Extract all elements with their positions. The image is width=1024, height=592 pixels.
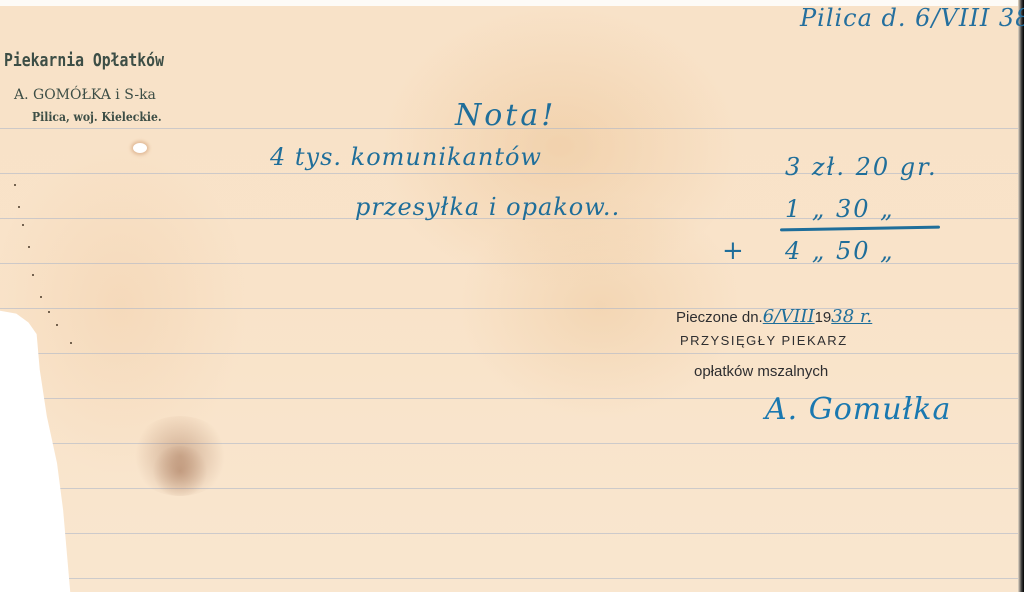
- sworn-baker-title: PRZYSIĘGŁY PIEKARZ: [680, 333, 848, 348]
- speck: [70, 342, 72, 344]
- item-amount: 3 zł. 20 gr.: [785, 153, 938, 181]
- sworn-baker-subtitle: opłatków mszalnych: [694, 363, 828, 380]
- scan-right-edge: [1018, 0, 1024, 592]
- note-title: Nota!: [455, 98, 556, 133]
- item-description: 4 tys. komunikantów: [270, 143, 542, 171]
- baked-year-prefix: 19: [815, 309, 832, 326]
- item-amount: 1 „ 30 „: [785, 195, 895, 223]
- ruled-line: [0, 533, 1018, 534]
- baked-date-stamp: Pieczone dn.6/VIII1938 r.: [676, 306, 872, 327]
- paper-hole: [133, 143, 147, 153]
- baked-year-suffix: 38 r.: [831, 306, 872, 327]
- speck: [14, 184, 16, 186]
- signature: A. Gomułka: [765, 392, 951, 427]
- ruled-line: [0, 578, 1018, 579]
- baked-label: Pieczone dn.: [676, 309, 763, 326]
- place-date: Pilica d. 6/VIII 38 r.: [800, 4, 1024, 32]
- speck: [40, 296, 42, 298]
- bakery-owner: A. GOMÓŁKA i S-ka: [14, 87, 156, 103]
- stain-mark: [150, 446, 210, 496]
- total-amount: 4 „ 50 „: [785, 237, 895, 265]
- speck: [48, 311, 50, 313]
- bakery-name: Piekarnia Opłatków: [4, 50, 164, 71]
- baked-date: 6/VIII: [763, 306, 815, 327]
- bakery-address: Pilica, woj. Kieleckie.: [32, 110, 162, 124]
- speck: [22, 224, 24, 226]
- speck: [18, 206, 20, 208]
- speck: [32, 274, 34, 276]
- speck: [56, 324, 58, 326]
- ruled-line: [0, 353, 1018, 354]
- speck: [28, 246, 30, 248]
- item-description: przesyłka i opakow..: [355, 193, 620, 221]
- total-sign: +: [722, 236, 744, 266]
